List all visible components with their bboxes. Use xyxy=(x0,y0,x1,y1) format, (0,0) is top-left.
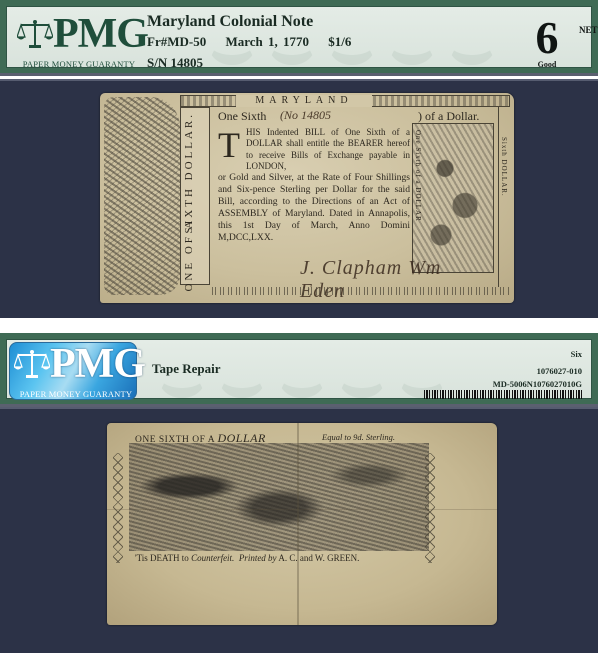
back-grading-label: PMG PAPER MONEY GUARANTY Tape Repair Six… xyxy=(0,333,598,407)
back-holder: ONE SIXTH OF A DOLLAR Equal to 9d. Sterl… xyxy=(0,407,598,653)
label-comment: Tape Repair xyxy=(152,361,221,377)
serial-number: S/N 14805 xyxy=(147,55,203,71)
watermark-scale-icon xyxy=(447,13,497,65)
side-panel: SIXTH DOLLAR. ONE OF A xyxy=(180,107,210,285)
back-vignette-image xyxy=(129,443,429,551)
top-text-dollar: DOLLAR xyxy=(217,431,265,445)
grade-qualifier: NET xyxy=(579,25,589,35)
cert-number: 1076027-010 xyxy=(537,366,582,376)
grade-word: Good xyxy=(527,60,567,69)
back-bottom-text: 'Tis DEATH to Counterfeit. Printed by A.… xyxy=(135,553,359,563)
back-slab: PMG PAPER MONEY GUARANTY Tape Repair Six… xyxy=(0,333,598,653)
brand-name: PMG xyxy=(53,11,148,57)
grade-number: 6 xyxy=(527,13,567,63)
of-a-dollar-text: ) of a Dollar. xyxy=(418,109,479,124)
watermark-scale-icon xyxy=(217,346,267,398)
grade-word: Six xyxy=(571,349,582,359)
ornamental-scroll-border xyxy=(104,97,180,295)
note-body-bottom: or Gold and Silver, at the Rate of Four … xyxy=(218,172,410,244)
bottom-text-1: 'Tis DEATH to xyxy=(135,553,189,563)
note-meta: Fr#MD-50 March 1, 1770 $1/6 xyxy=(147,34,365,50)
drop-cap: T xyxy=(218,127,244,163)
vignette-side-text: One Sixth of a DOLLAR xyxy=(414,130,422,222)
signatures: J. Clapham Wm Eden xyxy=(300,257,490,303)
catalog-number: Fr#MD-50 xyxy=(147,34,206,49)
back-top-text: ONE SIXTH OF A DOLLAR xyxy=(135,431,266,446)
fold-line xyxy=(297,423,299,625)
side-text-bottom: ONE OF A xyxy=(183,218,195,292)
watermark-scale-icon xyxy=(277,346,327,398)
bottom-text-4: A. C. and W. GREEN. xyxy=(278,553,359,563)
brand-tagline: PAPER MONEY GUARANTY xyxy=(14,389,138,399)
bottom-text-3: Printed by xyxy=(239,553,277,563)
side-text-top: SIXTH DOLLAR. xyxy=(183,112,195,234)
brand-tagline: PAPER MONEY GUARANTY xyxy=(17,59,141,69)
barcode xyxy=(424,390,582,399)
pmg-hologram-logo: PMG PAPER MONEY GUARANTY xyxy=(9,342,137,400)
fold-line xyxy=(107,509,497,510)
note-title: Maryland Colonial Note xyxy=(147,13,313,31)
handwritten-serial: (No 14805 xyxy=(280,108,331,123)
chain-border-left xyxy=(113,453,123,563)
watermark-scale-icon xyxy=(337,346,387,398)
right-side-text: Sixth DOLLAR. xyxy=(500,137,508,197)
pmg-logo: PMG PAPER MONEY GUARANTY xyxy=(13,13,141,71)
top-text-prefix: ONE SIXTH OF A xyxy=(135,435,215,445)
equal-text: Equal to 9d. Sterling. xyxy=(322,432,395,442)
banknote-back: ONE SIXTH OF A DOLLAR Equal to 9d. Sterl… xyxy=(107,423,497,625)
bottom-ornament-band xyxy=(212,287,510,295)
front-grading-label: PMG PAPER MONEY GUARANTY Maryland Coloni… xyxy=(0,0,598,76)
vignette-image: One Sixth of a DOLLAR xyxy=(412,123,494,273)
chain-border-right xyxy=(425,453,435,563)
right-strip: Sixth DOLLAR. xyxy=(498,107,510,287)
brand-name: PMG xyxy=(50,341,145,387)
issue-date: March 1, 1770 xyxy=(225,34,309,49)
denomination: $1/6 xyxy=(328,34,351,49)
scales-of-justice-icon xyxy=(17,19,53,49)
front-holder: MARYLAND SIXTH DOLLAR. ONE OF A One Sixt… xyxy=(0,79,598,318)
front-slab: PMG PAPER MONEY GUARANTY Maryland Coloni… xyxy=(0,0,598,318)
bottom-text-2: Counterfeit. xyxy=(191,553,234,563)
watermark-scale-icon xyxy=(387,13,437,65)
one-sixth-text: One Sixth xyxy=(218,109,266,124)
scales-of-justice-icon xyxy=(14,349,50,379)
note-body-top: HIS Indented BILL of One Sixth of a DOLL… xyxy=(246,127,410,172)
barcode-text: MD-5006N1076027010G xyxy=(493,379,582,389)
banknote-front: MARYLAND SIXTH DOLLAR. ONE OF A One Sixt… xyxy=(100,93,514,303)
label-face: PMG PAPER MONEY GUARANTY Maryland Coloni… xyxy=(6,6,592,68)
note-header: MARYLAND xyxy=(236,95,372,107)
